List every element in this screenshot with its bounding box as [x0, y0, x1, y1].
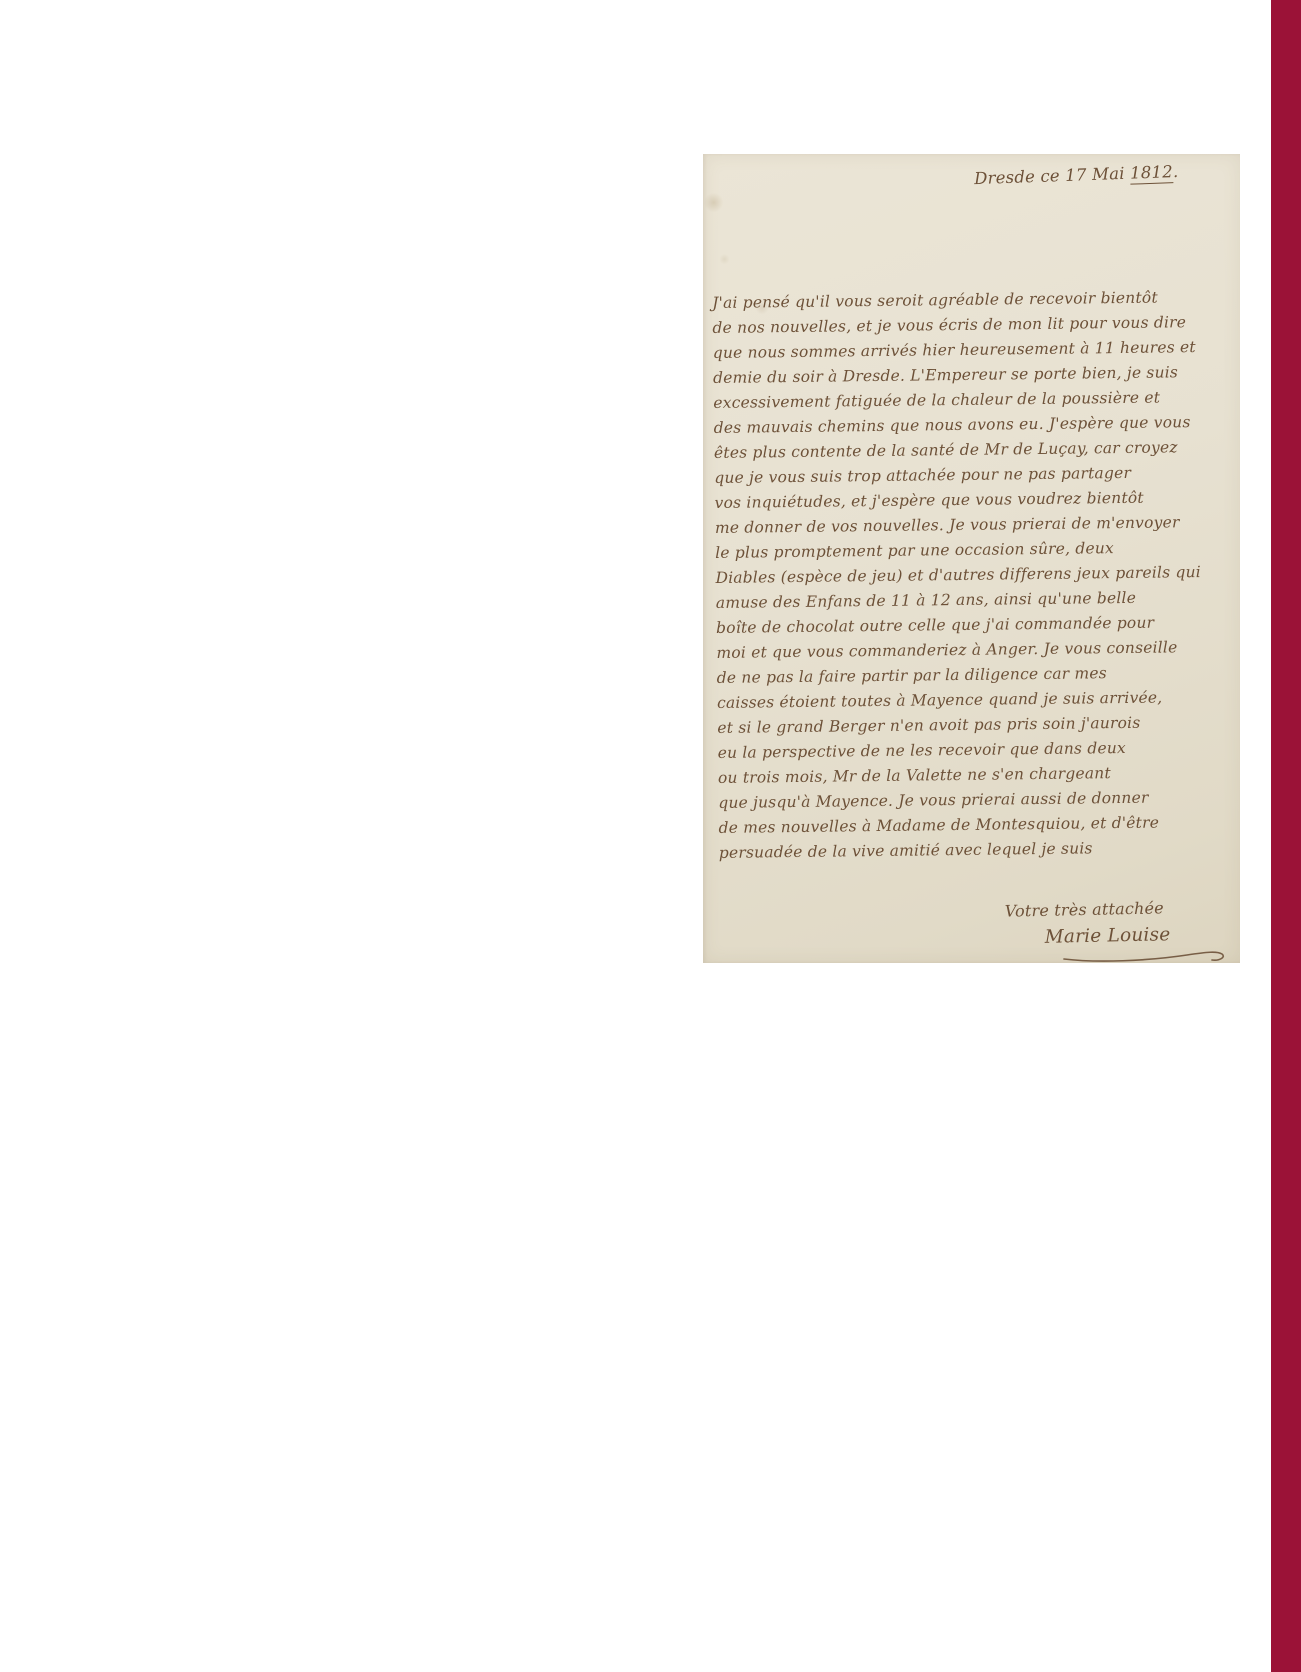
letter-dateline: Dresde ce 17 Mai 1812. — [973, 162, 1178, 188]
letter-date-period: . — [1172, 162, 1178, 181]
signature-flourish — [1062, 948, 1232, 964]
letter-valediction: Votre très attachée — [1004, 894, 1164, 924]
letter-date-year: 1812 — [1129, 162, 1173, 184]
page: Dresde ce 17 Mai 1812. J'ai pensé qu'il … — [0, 0, 1301, 1672]
letter-scan: Dresde ce 17 Mai 1812. J'ai pensé qu'il … — [703, 154, 1240, 963]
letter-body: J'ai pensé qu'il vous seroit agréable de… — [712, 285, 1197, 866]
letter-date-place: Dresde ce 17 Mai — [973, 164, 1130, 188]
letter-line: persuadée de la vive amitié avec lequel … — [719, 835, 1197, 866]
accent-bar — [1271, 0, 1301, 1672]
letter-closing: Votre très attachée Marie Louise — [1004, 894, 1164, 951]
